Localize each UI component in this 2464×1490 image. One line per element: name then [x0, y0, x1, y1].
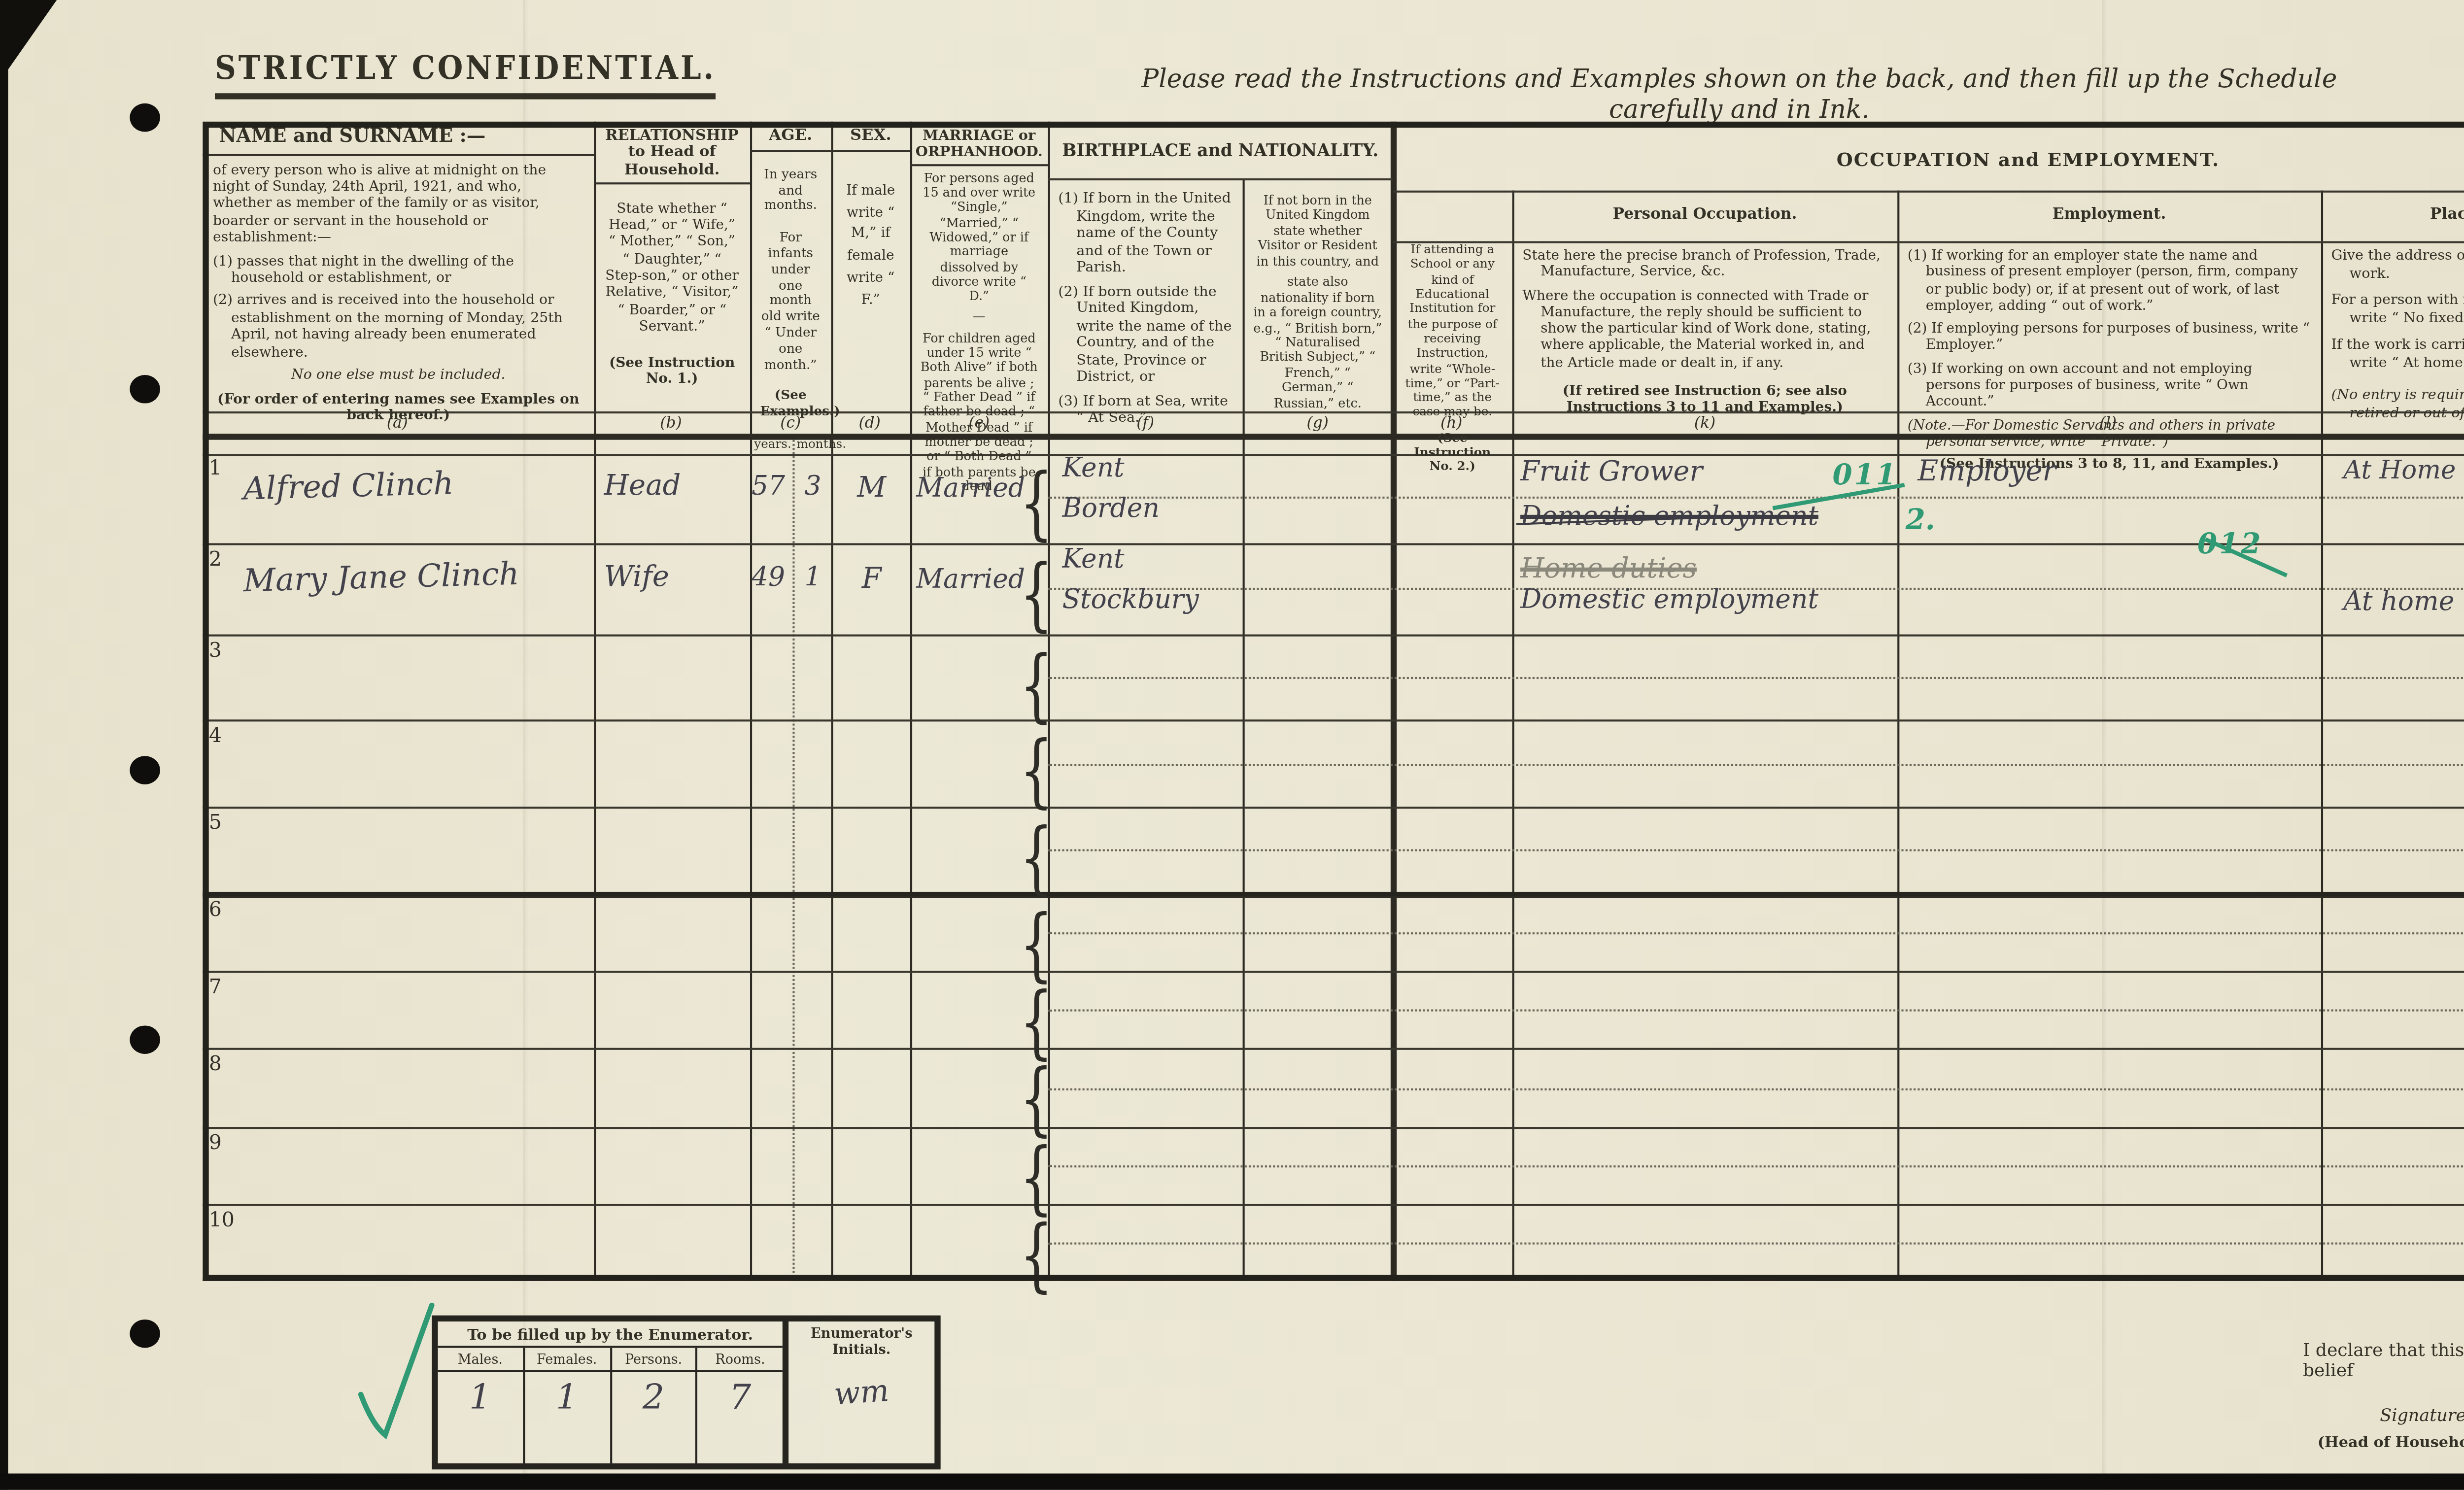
- green-tick-mark: [344, 1289, 446, 1451]
- row-midline: [1048, 1165, 2464, 1167]
- age-months-entry: 1: [794, 563, 831, 593]
- sex-entry: F: [833, 563, 910, 595]
- age-units-strip: years. months.: [203, 437, 2464, 453]
- column-letter-l: (l): [2078, 413, 2138, 432]
- table-row: 7 { Under One: [203, 973, 2464, 1051]
- table-row: 4 { Under One: [203, 722, 2464, 808]
- table-row: 2 Mary Jane Clinch Wife 49 1 F Married {…: [203, 544, 2464, 636]
- rooms-label: Rooms.: [698, 1348, 783, 1370]
- place-of-work-alt-entry: At home: [2343, 587, 2454, 618]
- row-brace: {: [1020, 814, 1053, 906]
- table-row: 9 { Under One: [203, 1128, 2464, 1206]
- column-letter-k: (k): [1675, 413, 1735, 432]
- column-letter-g: (g): [1287, 413, 1348, 432]
- col-header-employment: (1) If working for an employer state the…: [1897, 122, 2321, 438]
- age-months-entry: 3: [794, 472, 831, 502]
- row-number: 5: [209, 813, 222, 835]
- age-years-entry: 49: [746, 563, 790, 593]
- punch-hole: [130, 1025, 160, 1054]
- employment-code2-green: 012: [2197, 528, 2263, 561]
- page-title: STRICTLY CONFIDENTIAL.: [215, 49, 716, 100]
- col-header-marriage: MARRIAGE or ORPHANHOOD. For persons aged…: [910, 122, 1048, 438]
- name-entry: Mary Jane Clinch: [243, 555, 520, 599]
- row-number: 3: [209, 640, 222, 662]
- occupation-alt-entry: Domestic employment: [1520, 585, 1818, 616]
- row-brace: {: [1020, 642, 1053, 733]
- row-brace: {: [1020, 1057, 1053, 1148]
- row-midline: [1048, 1010, 2464, 1012]
- row-number: 7: [209, 977, 222, 999]
- col-header-relationship: RELATIONSHIP to Head of Household. State…: [594, 122, 750, 438]
- census-schedule-scan: STRICTLY CONFIDENTIAL. Please read the I…: [0, 0, 2464, 1490]
- row-brace: {: [1020, 551, 1053, 642]
- declaration-subtext: (Head of Household, Manager of Establish…: [2311, 1433, 2464, 1469]
- col-header-place-of-work: Give the address of each person’s place …: [2321, 122, 2464, 438]
- employment-code-green: 2.: [1906, 504, 1935, 537]
- column-letter-d: (d): [839, 413, 900, 432]
- row-midline: [1048, 1088, 2464, 1090]
- scan-edge-left: [0, 0, 8, 1490]
- sex-entry: M: [833, 472, 910, 504]
- table-row: 3 { Under One: [203, 636, 2464, 722]
- years-label: years.: [754, 438, 791, 452]
- column-letter-c: (c): [760, 413, 821, 432]
- enumerator-totals-box: To be filled up by the Enumerator. Males…: [432, 1316, 940, 1470]
- table-row: 5 { Under One: [203, 808, 2464, 896]
- signature-label: Signature: [2380, 1407, 2464, 1427]
- enumerator-box-title: To be filled up by the Enumerator.: [438, 1321, 783, 1348]
- persons-label: Persons.: [611, 1348, 698, 1370]
- scan-edge-bottom: [0, 1474, 2464, 1490]
- employment-entry: Employer: [1917, 455, 2056, 488]
- punch-hole: [130, 1320, 160, 1348]
- females-label: Females.: [524, 1348, 611, 1370]
- row-number: 10: [209, 1210, 235, 1232]
- persons-value: 2: [611, 1372, 698, 1463]
- column-letter-b: (b): [641, 413, 701, 432]
- table-row: 8 { Under One: [203, 1051, 2464, 1129]
- row-brace: {: [1020, 728, 1053, 819]
- name-entry: Alfred Clinch: [243, 465, 454, 507]
- col-header-age: AGE. In years and months. For infants un…: [750, 122, 831, 438]
- punch-hole: [130, 103, 160, 132]
- months-label: months.: [797, 438, 847, 452]
- marriage-entry: Married: [916, 474, 1025, 504]
- col-header-school: If attending a School or any kind of Edu…: [1393, 122, 1512, 438]
- row-number: 8: [209, 1055, 222, 1077]
- row-midline: [1048, 763, 2464, 765]
- rooms-value: 7: [698, 1372, 783, 1463]
- row-number: 1: [209, 457, 222, 479]
- females-value: 1: [524, 1372, 611, 1463]
- enumerator-initials-label: Enumerator's Initials.: [788, 1321, 934, 1358]
- relationship-entry: Head: [604, 470, 681, 502]
- column-letter-f: (f): [1115, 413, 1175, 432]
- occupation-code-green: 011: [1833, 459, 1898, 492]
- col-header-name: NAME and SURNAME :— of every person who …: [203, 122, 594, 438]
- row-number: 9: [209, 1132, 222, 1154]
- declaration-text: I declare that this Schedule is correctl…: [2303, 1342, 2464, 1382]
- punch-hole: [130, 756, 160, 784]
- instruction-note: Please read the Instructions and Example…: [1101, 63, 2378, 124]
- col-header-birthplace-uk: (1) If born in the United Kingdom, write…: [1048, 122, 1243, 438]
- birth-parish-entry: Borden: [1062, 494, 1159, 524]
- birth-county-entry: Kent: [1062, 453, 1124, 484]
- col-header-sex: SEX. If male write “ M,” if female write…: [831, 122, 910, 438]
- row-number: 4: [209, 726, 222, 748]
- table-row: 1 Alfred Clinch Head 57 3 M Married { Ke…: [203, 453, 2464, 544]
- table-row: 6 { Under One: [203, 896, 2464, 973]
- row-number: 2: [209, 548, 222, 571]
- punch-hole: [130, 375, 160, 404]
- col-header-nationality: If not born in the United Kingdom state …: [1243, 122, 1393, 438]
- row-midline: [1048, 677, 2464, 679]
- row-brace: {: [1020, 1212, 1053, 1303]
- place-of-work-entry: At Home 308/03: [2343, 453, 2464, 484]
- enumerator-initials-value: wm: [787, 1369, 936, 1416]
- col-header-personal-occupation: State here the precise branch of Profess…: [1512, 122, 1898, 438]
- males-value: 1: [438, 1372, 525, 1463]
- row-midline: [1048, 1242, 2464, 1244]
- table-body: 1 Alfred Clinch Head 57 3 M Married { Ke…: [203, 453, 2464, 1281]
- age-years-entry: 57: [746, 472, 790, 502]
- row-midline: [1048, 849, 2464, 851]
- birth-county-entry: Kent: [1062, 544, 1124, 575]
- occupation-entry: Home duties: [1520, 553, 1697, 585]
- marriage-entry: Married: [916, 565, 1025, 595]
- column-letter-e: (e): [949, 413, 1009, 432]
- birth-parish-entry: Stockbury: [1062, 585, 1198, 616]
- row-number: 6: [209, 900, 222, 922]
- row-brace: {: [1020, 459, 1053, 550]
- table-row: 10 { Under One: [203, 1206, 2464, 1281]
- row-midline: [1048, 497, 2464, 499]
- column-letter-m: (m): [2461, 413, 2464, 432]
- column-letter-h: (h): [1421, 413, 1482, 432]
- occupation-entry: Fruit Grower: [1520, 455, 1703, 488]
- relationship-entry: Wife: [604, 561, 669, 593]
- column-letter-a: (a): [367, 413, 428, 432]
- males-label: Males.: [438, 1348, 525, 1370]
- row-midline: [1048, 933, 2464, 935]
